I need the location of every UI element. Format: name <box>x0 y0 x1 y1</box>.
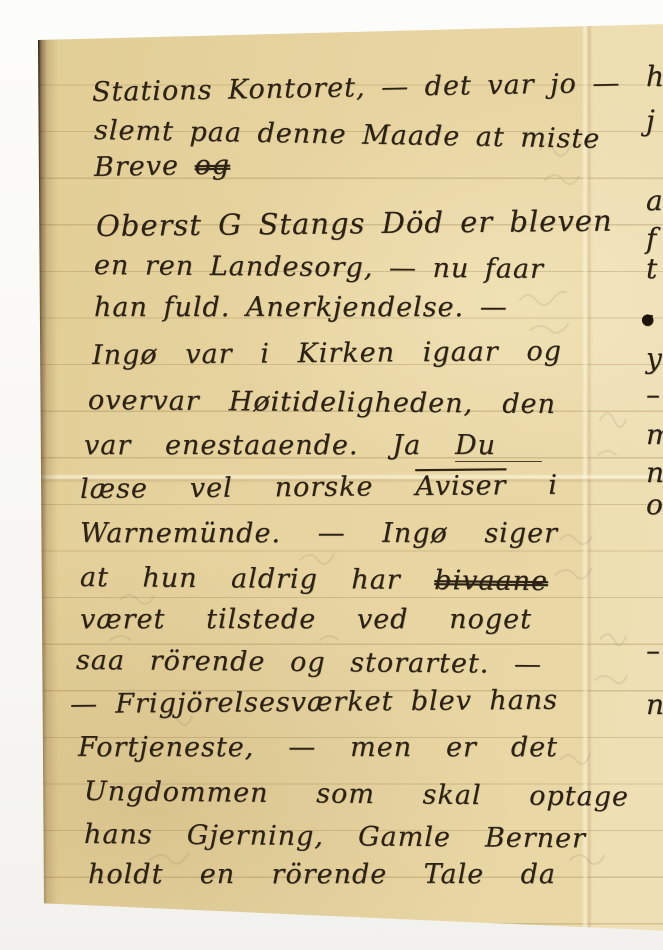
adjacent-page-text-fragment: t <box>646 252 657 285</box>
handwritten-line: Fortjeneste, — men er det <box>78 732 558 763</box>
handwritten-line: at hun aldrig har bivaane <box>80 562 548 597</box>
adjacent-page-text-fragment: j <box>646 104 655 137</box>
adjacent-page-text-fragment: n <box>646 688 663 721</box>
handwritten-line: læse vel norske Aviser i <box>80 470 558 505</box>
adjacent-page-text-fragment: – <box>646 634 660 667</box>
line-text: Ungdommen som skal optage <box>84 776 629 813</box>
handwritten-line: Ingø var i Kirken igaar og <box>92 336 562 371</box>
line-text: — Frigjörelsesværket blev hans <box>70 685 558 720</box>
line-text: Oberst G Stangs Död er bleven <box>96 204 613 243</box>
adjacent-page-text-fragment: a <box>646 184 663 217</box>
overlined-text: Aviser <box>415 470 506 502</box>
line-text: læse vel norske <box>80 471 416 505</box>
line-text: Ingø var i Kirken igaar og <box>92 336 562 371</box>
adjacent-page-text-fragment: h <box>646 60 663 93</box>
underlined-text: Du <box>455 430 542 462</box>
line-text: holdt en rörende Tale da <box>88 859 556 890</box>
strikethrough-text: og <box>194 150 230 182</box>
adjacent-page-text-fragment: y <box>646 342 662 375</box>
line-text: hans Gjerning, Gamle Berner <box>84 819 586 854</box>
handwritten-line: en ren Landesorg, — nu faar <box>94 250 542 285</box>
adjacent-page-text-fragment: o <box>646 488 663 521</box>
line-text: overvar Høitideligheden, den <box>88 385 556 420</box>
scanned-letter-page: { "document": { "kind": "handwritten let… <box>0 0 663 950</box>
line-text: i <box>506 470 558 501</box>
handwritten-line: Ungdommen som skal optage <box>84 776 629 813</box>
line-text: været tilstede ved noget <box>80 604 532 635</box>
handwritten-line: — Frigjörelsesværket blev hans <box>70 685 558 720</box>
adjacent-page-text-fragment: n <box>646 456 663 489</box>
handwritten-line: han fuld. Anerkjendelse. — <box>94 292 466 323</box>
handwritten-line: Warnemünde. — Ingø siger <box>80 518 558 549</box>
line-text: var enestaaende. Ja <box>84 430 455 461</box>
handwritten-line: holdt en rörende Tale da <box>88 859 556 890</box>
line-text: en ren Landesorg, — nu faar <box>94 250 544 285</box>
line-text: Fortjeneste, — men er det <box>78 732 558 763</box>
handwritten-line: hans Gjerning, Gamle Berner <box>84 819 586 854</box>
adjacent-page-text-fragment: m <box>646 418 663 451</box>
adjacent-page-text-fragment: f <box>646 222 656 255</box>
handwritten-line: Breve og <box>94 150 231 183</box>
adjacent-page-text-fragment: – <box>646 378 660 411</box>
line-text: Breve <box>94 150 195 183</box>
line-text: Warnemünde. — Ingø siger <box>80 518 558 549</box>
handwritten-line: overvar Høitideligheden, den <box>88 385 556 420</box>
line-text: at hun aldrig har <box>80 562 435 596</box>
handwritten-line: saa rörende og storartet. — <box>76 645 542 680</box>
ink-blot: ● <box>641 310 654 328</box>
line-text: saa rörende og storartet. — <box>76 645 542 680</box>
handwritten-line: været tilstede ved noget <box>80 604 532 635</box>
line-text: han fuld. Anerkjendelse. — <box>94 292 508 323</box>
strikethrough-text: bivaane <box>434 565 548 597</box>
handwritten-line: Oberst G Stangs Död er bleven <box>96 204 548 243</box>
handwritten-line: var enestaaende. Ja Du <box>84 430 542 461</box>
